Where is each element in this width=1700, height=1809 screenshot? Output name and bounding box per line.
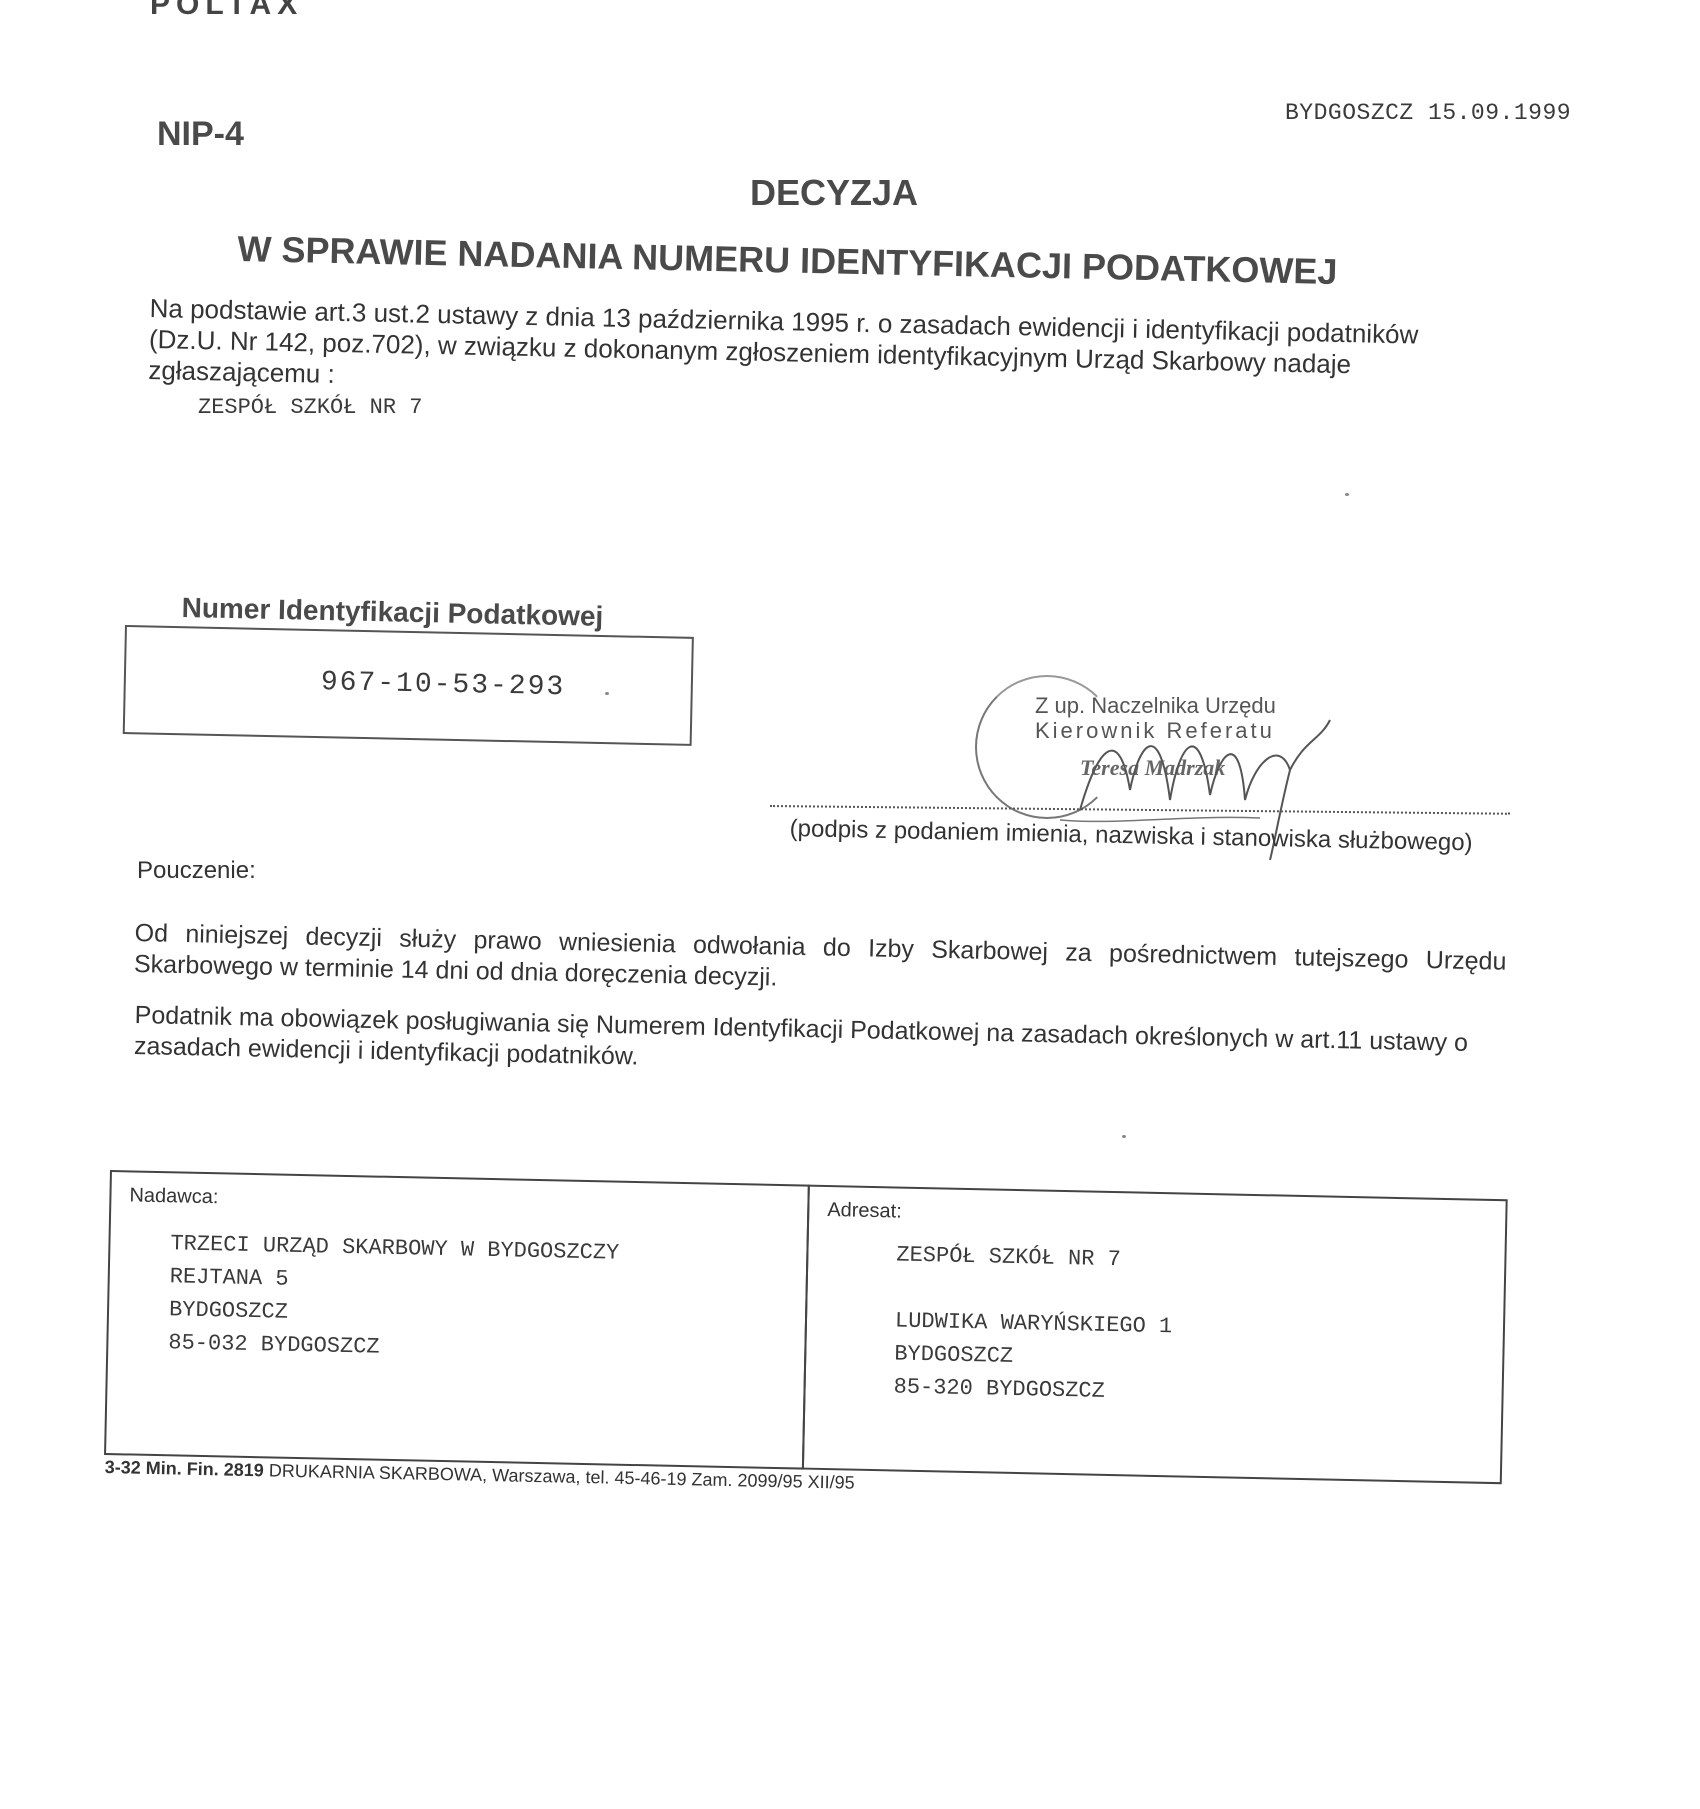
form-code: NIP-4 <box>157 115 244 154</box>
place-date: BYDGOSZCZ 15.09.1999 <box>1285 100 1571 126</box>
sender-box: Nadawca: TRZECI URZĄD SKARBOWY W BYDGOSZ… <box>104 1170 810 1470</box>
nip-box: 967-10-53-293 <box>123 625 694 746</box>
sender-address: TRZECI URZĄD SKARBOWY W BYDGOSZCZY REJTA… <box>168 1227 620 1368</box>
document-title: DECYZJA <box>750 172 918 214</box>
addressee-label: Adresat: <box>827 1199 902 1224</box>
sender-label: Nadawca: <box>129 1184 218 1209</box>
document-subtitle: W SPRAWIE NADANIA NUMERU IDENTYFIKACJI P… <box>237 228 1338 293</box>
scan-speck <box>605 692 609 695</box>
top-cut-header: POLTAX <box>150 0 303 22</box>
scan-speck <box>1122 1135 1126 1138</box>
addressee-address: ZESPÓŁ SZKÓŁ NR 7 LUDWIKA WARYŃSKIEGO 1 … <box>893 1238 1174 1409</box>
address-line: 85-320 BYDGOSZCZ <box>893 1370 1171 1409</box>
nip-value: 967-10-53-293 <box>321 667 566 703</box>
instructions-heading: Pouczenie: <box>137 857 256 885</box>
instructions-paragraph-1: Od niniejszej decyzji służy prawo wniesi… <box>134 918 1507 1009</box>
addressee-box: Adresat: ZESPÓŁ SZKÓŁ NR 7 LUDWIKA WARYŃ… <box>802 1185 1508 1485</box>
addressee-name: ZESPÓŁ SZKÓŁ NR 7 <box>896 1238 1174 1277</box>
footer-code: 3-32 Min. Fin. 2819 <box>105 1457 264 1480</box>
instructions-paragraph-2: Podatnik ma obowiązek posługiwania się N… <box>134 1000 1535 1091</box>
address-section: Nadawca: TRZECI URZĄD SKARBOWY W BYDGOSZ… <box>104 1170 1508 1484</box>
scan-speck <box>1345 493 1349 496</box>
recipient-name: ZESPÓŁ SZKÓŁ NR 7 <box>198 395 422 420</box>
